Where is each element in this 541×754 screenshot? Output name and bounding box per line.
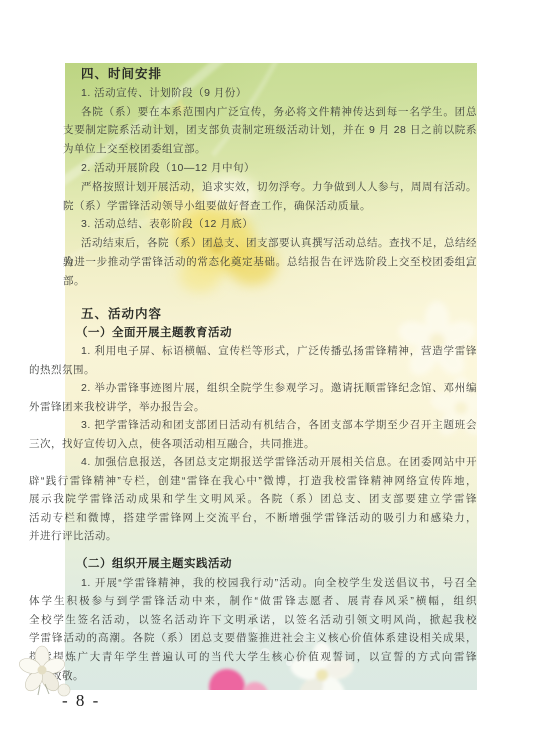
- text-line: 4. 加强信息报送，各团总支定期报送学雷锋活动开展相关信息。在团委网站中开: [29, 453, 477, 472]
- text-line: 1. 利用电子屏、标语横幅、宣传栏等形式，广泛传播弘扬雷锋精神，营造学雷锋: [29, 342, 477, 361]
- text-line: 三次，找好宣传切入点，使各项活动相互融合，共同推进。: [29, 435, 477, 454]
- text-line: 辟“践行雷锋精神”专栏，创建“雷锋在我心中”微博，打造我校雷锋精神网络宣传阵地，: [29, 472, 477, 491]
- text-line: 2. 活动开展阶段（10—12 月中旬）: [63, 159, 477, 178]
- text-line: 学雷锋活动的高潮。各院（系）团总支要借鉴推进社会主义核心价值体系建设相关成果，: [29, 629, 477, 648]
- text-line: 1. 活动宣传、计划阶段（9 月份）: [63, 84, 477, 103]
- text-line: 2. 举办雷锋事迹图片展，组织全院学生参观学习。邀请抚顺雷锋纪念馆、邓州编: [29, 379, 477, 398]
- section-practice-activities: （二）组织开展主题实践活动 1. 开展“学雷锋精神，我的校园我行动”活动。向全校…: [29, 555, 477, 685]
- small-white-flower-decoration: [18, 644, 76, 698]
- text-line: 支要制定院系活动计划，团支部负责制定班级活动计划，并在 9 月 28 日之前以院…: [63, 121, 477, 140]
- section-heading: 五、活动内容: [29, 305, 477, 324]
- text-line: 全校学生签名活动，以签名活动许下文明承诺，以签名活动引领文明风尚，掀起我校: [29, 611, 477, 630]
- text-line: 1. 开展“学雷锋精神，我的校园我行动”活动。向全校学生发送倡议书，号召全: [29, 574, 477, 593]
- text-line: 严格按照计划开展活动，追求实效，切勿浮夸。力争做到人人参与，周周有活动。: [63, 178, 477, 197]
- text-line: 外雷锋团来我校讲学，举办报告会。: [29, 398, 477, 417]
- text-line: 为进一步推动学雷锋活动的常态化奠定基础。总结报告在评选阶段上交至校团委组宣: [63, 253, 477, 272]
- text-line: 各院（系）要在本系范围内广泛宣传，务必将文件精神传达到每一名学生。团总: [63, 103, 477, 122]
- section-time-schedule: 四、时间安排 1. 活动宣传、计划阶段（9 月份） 各院（系）要在本系范围内广泛…: [63, 65, 477, 291]
- text-line: 3. 把学雷锋活动和团支部团日活动有机结合，各团支部本学期至少召开主题班会: [29, 416, 477, 435]
- document-page: { "page_number": "- 8 -", "colors": { "s…: [0, 0, 541, 754]
- text-line: 的热烈氛围。: [29, 361, 477, 380]
- text-line: 为单位上交至校团委组宣部。: [63, 140, 477, 159]
- text-line: 院（系）学雷锋活动领导小组要做好督查工作，确保活动质量。: [63, 197, 477, 216]
- text-line: 部。: [63, 272, 477, 291]
- text-line: 探索提炼广大青年学生普遍认可的当代大学生核心价值观誓词，以宣誓的方式向雷锋: [29, 648, 477, 667]
- text-line: 活动专栏和微博，搭建学雷锋网上交流平台，不断增强学雷锋活动的吸引力和感染力，: [29, 509, 477, 528]
- section-heading: 四、时间安排: [63, 65, 477, 84]
- text-line: 并进行评比活动。: [29, 527, 477, 546]
- text-line: 体学生积极参与到学雷锋活动中来，制作“做雷锋志愿者、展青春风采”横幅，组织: [29, 592, 477, 611]
- text-line: 精神致敬。: [29, 667, 477, 686]
- text-line: 展示我院学雷锋活动成果和学生文明风采。各院（系）团总支、团支部要建立学雷锋: [29, 490, 477, 509]
- subsection-heading: （一）全面开展主题教育活动: [29, 324, 477, 343]
- text-line: 3. 活动总结、表彰阶段（12 月底）: [63, 215, 477, 234]
- subsection-heading: （二）组织开展主题实践活动: [29, 555, 477, 574]
- section-activity-content: 五、活动内容 （一）全面开展主题教育活动 1. 利用电子屏、标语横幅、宣传栏等形…: [29, 305, 477, 546]
- text-line: 活动结束后，各院（系）团总支、团支部要认真撰写活动总结。查找不足，总结经验，: [63, 234, 477, 253]
